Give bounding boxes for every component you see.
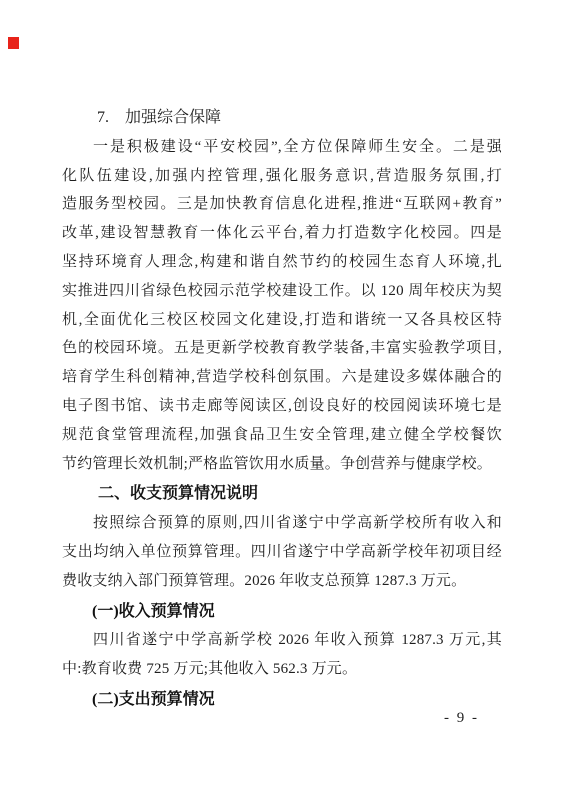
paragraph-line: 改革,建设智慧教育一体化云平台,着力打造数字化校园。四是	[62, 219, 502, 248]
subsection-heading-income: (一)收入预算情况	[62, 598, 502, 627]
paragraph-line: 中:教育收费 725 万元;其他收入 562.3 万元。	[62, 655, 502, 684]
section-heading-7: 7. 加强综合保障	[62, 104, 502, 133]
paragraph-line: 色的校园环境。五是更新学校教育教学装备,丰富实验教学项目,	[62, 334, 502, 363]
paragraph-line: 四川省遂宁中学高新学校 2026 年收入预算 1287.3 万元,其	[62, 626, 502, 655]
paragraph-line: 节约管理长效机制;严格监管饮用水质量。争创营养与健康学校。	[62, 450, 502, 479]
red-stamp-marker	[8, 37, 19, 49]
subsection-heading-expenditure: (二)支出预算情况	[62, 686, 502, 715]
document-page: 7. 加强综合保障 一是积极建设“平安校园”,全方位保障师生安全。二是强 化队伍…	[0, 0, 561, 796]
section-heading-budget-overview: 二、收支预算情况说明	[62, 480, 502, 509]
paragraph-line: 支出均纳入单位预算管理。四川省遂宁中学高新学校年初项目经	[62, 538, 502, 567]
document-body: 7. 加强综合保障 一是积极建设“平安校园”,全方位保障师生安全。二是强 化队伍…	[62, 104, 502, 715]
paragraph-line: 机,全面优化三校区校园文化建设,打造和谐统一又各具校区特	[62, 306, 502, 335]
paragraph-line: 实推进四川省绿色校园示范学校建设工作。以 120 周年校庆为契	[62, 277, 502, 306]
paragraph-line: 规范食堂管理流程,加强食品卫生安全管理,建立健全学校餐饮	[62, 421, 502, 450]
paragraph-line: 造服务型校园。三是加快教育信息化进程,推进“互联网+教育”	[62, 190, 502, 219]
paragraph-line: 化队伍建设,加强内控管理,强化服务意识,营造服务氛围,打	[62, 162, 502, 191]
paragraph-line: 坚持环境育人理念,构建和谐自然节约的校园生态育人环境,扎	[62, 248, 502, 277]
paragraph-line: 电子图书馆、读书走廊等阅读区,创设良好的校园阅读环境七是	[62, 392, 502, 421]
paragraph-line: 培育学生科创精神,营造学校科创氛围。六是建设多媒体融合的	[62, 363, 502, 392]
paragraph-line: 一是积极建设“平安校园”,全方位保障师生安全。二是强	[62, 133, 502, 162]
paragraph-line: 按照综合预算的原则,四川省遂宁中学高新学校所有收入和	[62, 509, 502, 538]
paragraph-line: 费收支纳入部门预算管理。2026 年收支总预算 1287.3 万元。	[62, 567, 502, 596]
page-number: - 9 -	[444, 710, 479, 727]
